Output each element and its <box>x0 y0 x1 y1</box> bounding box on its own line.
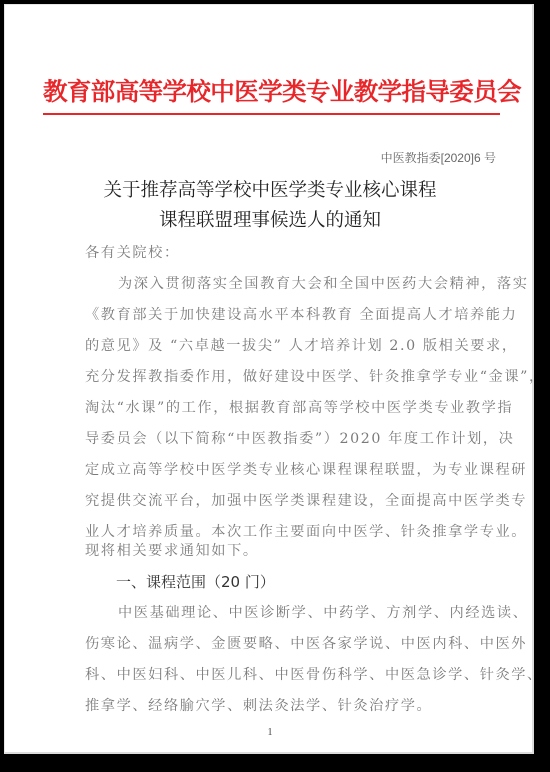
paragraph-line: 究提供交流平台，加强中医学类课程建设，全面提高中医学类专 <box>85 491 505 511</box>
document-page: 教育部高等学校中医学类专业教学指导委员会 中医教指委[2020]6 号 关于推荐… <box>4 4 534 754</box>
paragraph-line: 淘汰“水课”的工作，根据教育部高等学校中医学类专业教学指 <box>85 398 505 418</box>
paragraph-line: 定成立高等学校中医学类专业核心课程课程联盟，为专业课程研 <box>85 460 505 480</box>
paragraph-line: 的意见》及 “六卓越一拔尖” 人才培养计划 2.0 版相关要求， <box>85 336 505 356</box>
paragraph-line: 为深入贯彻落实全国教育大会和全国中医药大会精神，落实 <box>118 274 508 294</box>
organization-letterhead: 教育部高等学校中医学类专业教学指导委员会 <box>43 77 503 107</box>
document-number: 中医教指委[2020]6 号 <box>381 149 496 166</box>
page-number: 1 <box>5 727 535 738</box>
document-title-line-2: 课程联盟理事候选人的通知 <box>5 209 535 233</box>
course-list-line: 中医基础理论、中医诊断学、中药学、方剂学、内经选读、 <box>118 603 508 623</box>
paragraph-line: 现将相关要求通知如下。 <box>85 541 505 561</box>
paragraph-line: 业人才培养质量。本次工作主要面向中医学、针灸推拿学专业。 <box>85 522 505 542</box>
course-list-line: 推拿学、经络腧穴学、刺法灸法学、针灸治疗学。 <box>85 696 505 716</box>
letterhead-red-rule <box>43 113 500 115</box>
document-title-line-1: 关于推荐高等学校中医学类专业核心课程 <box>5 179 535 203</box>
course-list-line: 伤寒论、温病学、金匮要略、中医各家学说、中医内科、中医外 <box>85 634 505 654</box>
section-heading-course-scope: 一、课程范围（20 门） <box>116 571 275 593</box>
paragraph-line: 导委员会（以下简称“中医教指委”）2020 年度工作计划，决 <box>85 429 505 449</box>
paragraph-line: 《教育部关于加快建设高水平本科教育 全面提高人才培养能力 <box>85 305 505 325</box>
paragraph-line: 充分发挥教指委作用，做好建设中医学、针灸推拿学专业“金课”， <box>85 367 505 387</box>
course-list-line: 科、中医妇科、中医儿科、中医骨伤科学、中医急诊学、针灸学、 <box>85 665 505 685</box>
salutation: 各有关院校： <box>85 243 505 263</box>
